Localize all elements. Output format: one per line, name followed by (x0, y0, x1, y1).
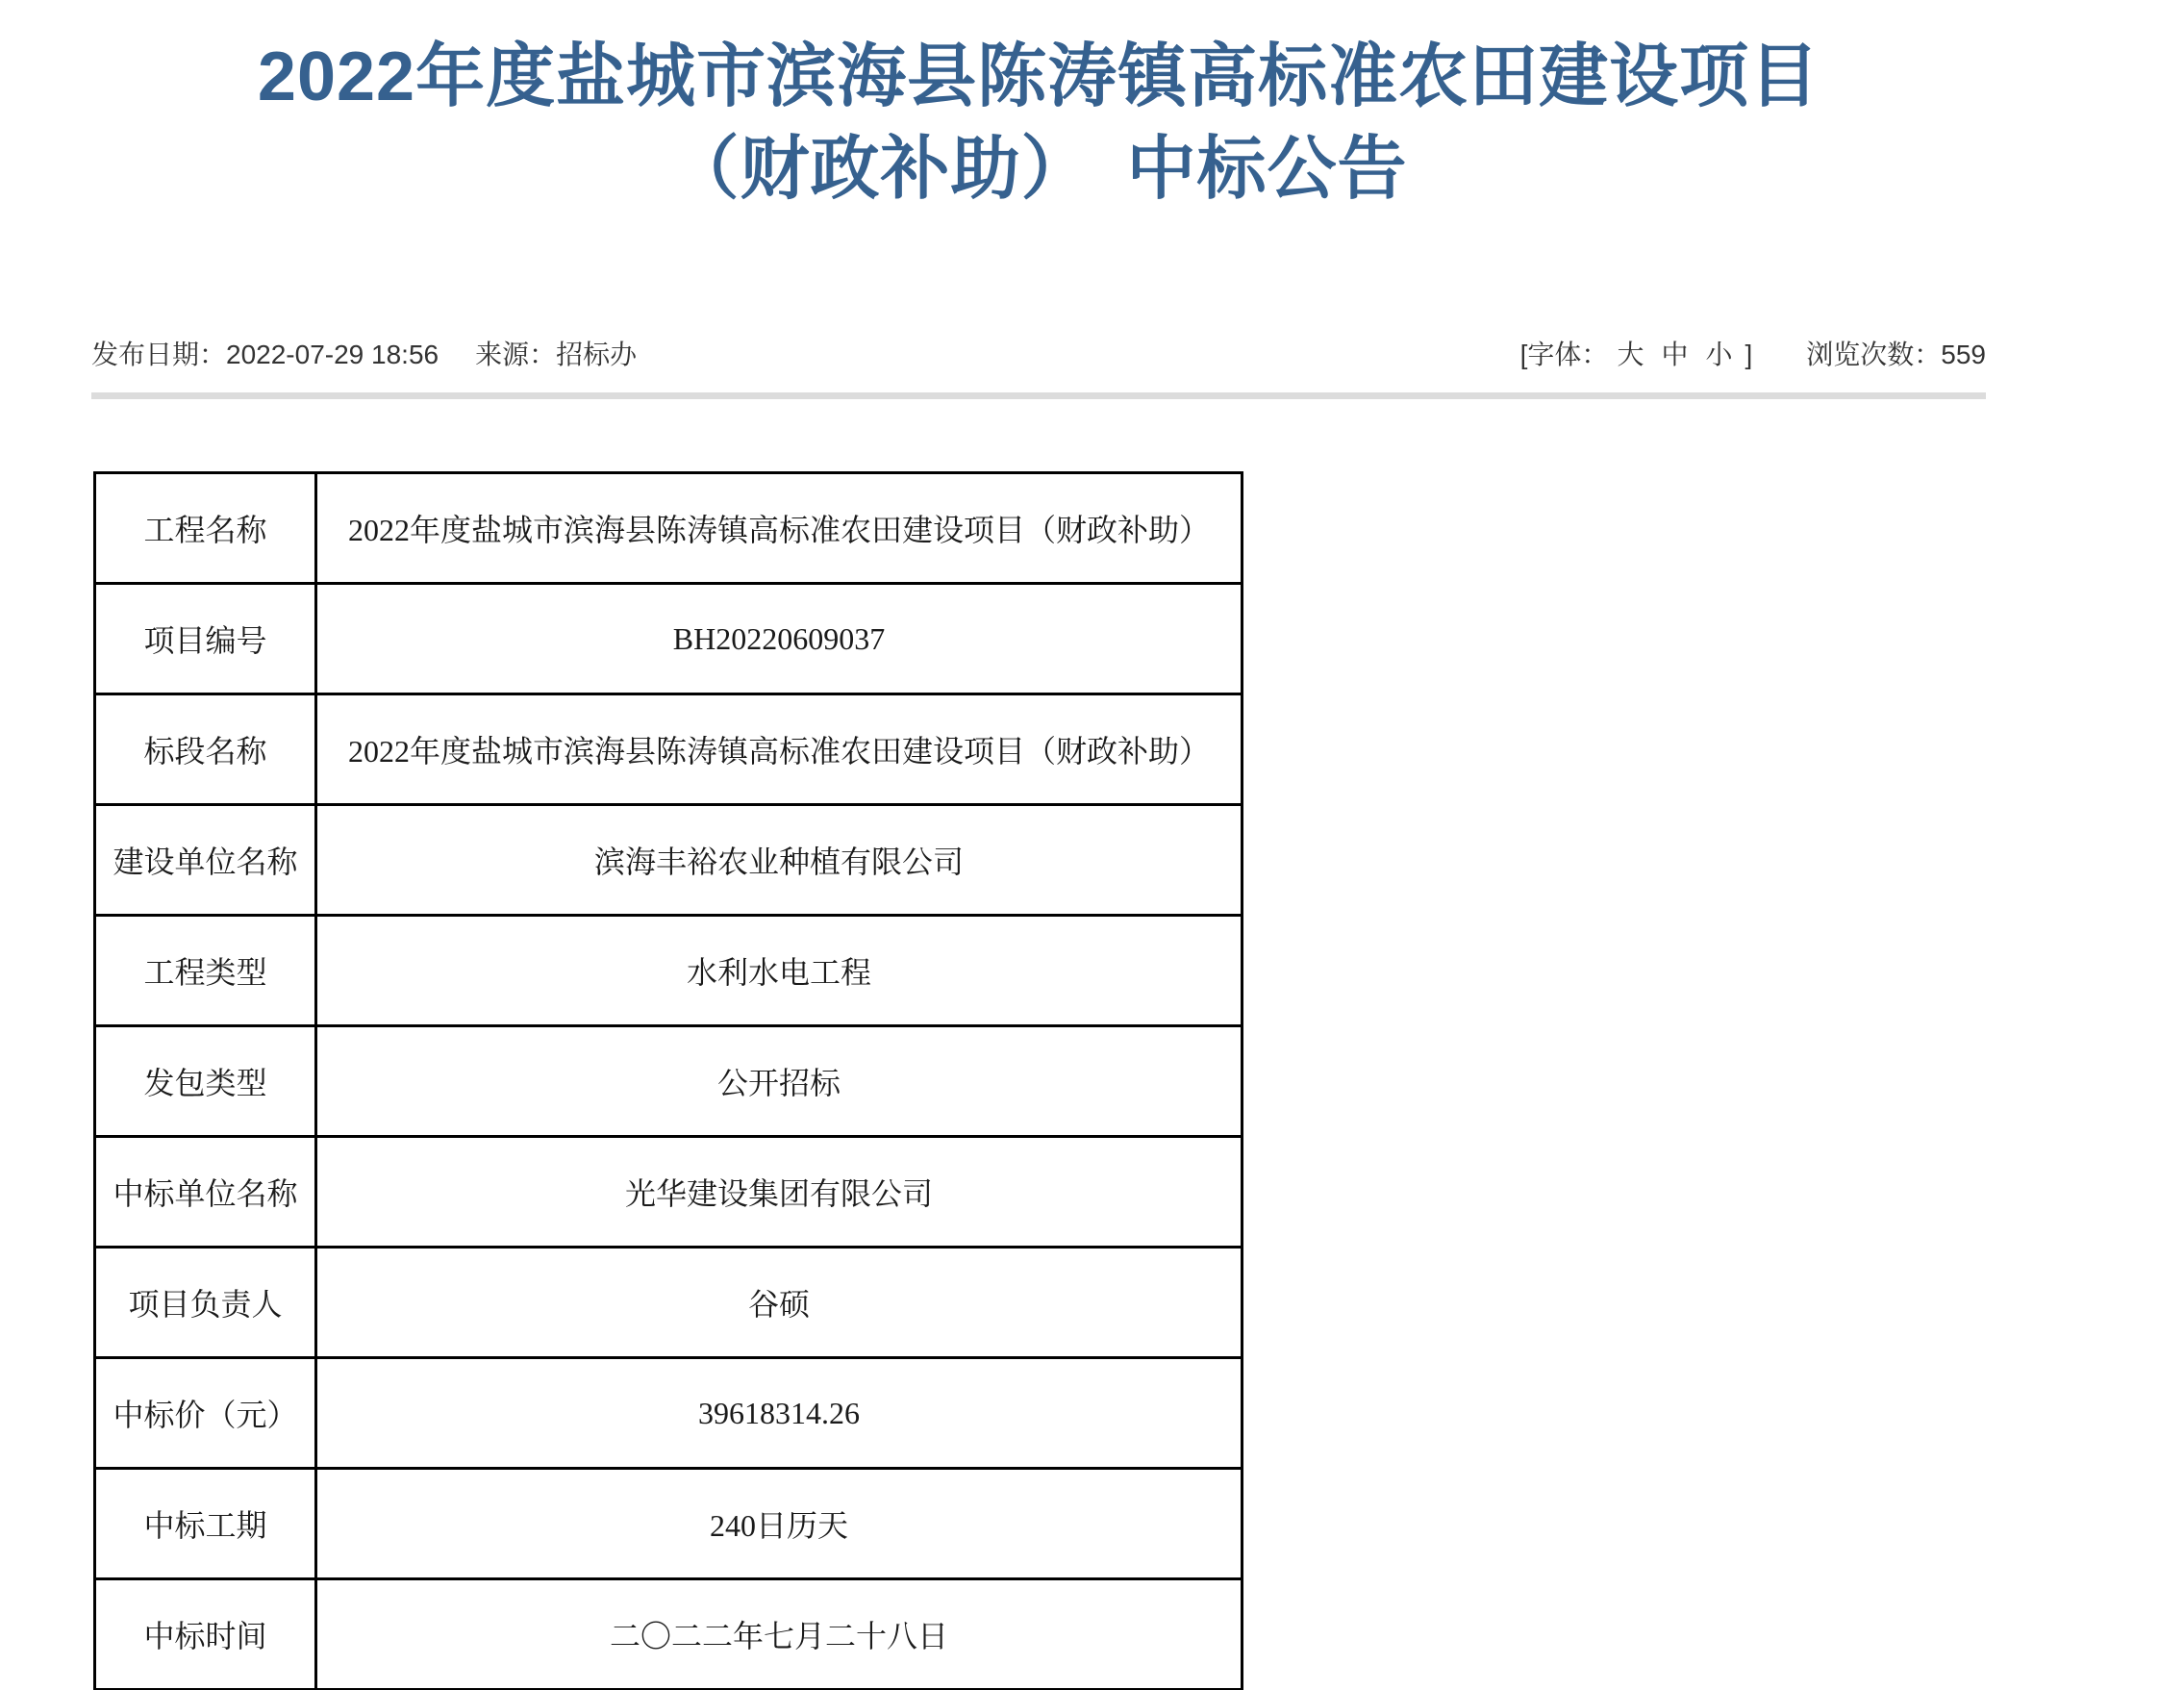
table-row: 中标工期 240日历天 (95, 1469, 1243, 1579)
table-row: 项目负责人 谷硕 (95, 1248, 1243, 1358)
row-value: 2022年度盐城市滨海县陈涛镇高标准农田建设项目（财政补助） (316, 694, 1243, 805)
font-size-small-link[interactable]: 小 (1705, 339, 1732, 371)
font-size-bracket-close: ] (1745, 339, 1752, 371)
announcement-page: 2022年度盐城市滨海县陈涛镇高标准农田建设项目 （财政补助） 中标公告 发布日… (0, 0, 2184, 1690)
meta-right-group: [字体： 大 中 小 ] 浏览次数：559 (1520, 339, 1986, 371)
table-row: 中标时间 二〇二二年七月二十八日 (95, 1579, 1243, 1690)
table-row: 工程名称 2022年度盐城市滨海县陈涛镇高标准农田建设项目（财政补助） (95, 473, 1243, 584)
font-size-large-link[interactable]: 大 (1617, 339, 1644, 371)
font-size-label: [字体： (1520, 339, 1609, 371)
row-value: 39618314.26 (316, 1358, 1243, 1469)
row-label: 工程名称 (95, 473, 316, 584)
view-count-label: 浏览次数： (1806, 340, 1941, 369)
page-title: 2022年度盐城市滨海县陈涛镇高标准农田建设项目 （财政补助） 中标公告 (91, 31, 1986, 215)
row-value: 谷硕 (316, 1248, 1243, 1358)
table-row: 中标价（元） 39618314.26 (95, 1358, 1243, 1469)
meta-bar: 发布日期：2022-07-29 18:56 来源：招标办 [字体： 大 中 小 … (91, 339, 1986, 371)
table-row: 中标单位名称 光华建设集团有限公司 (95, 1137, 1243, 1248)
source-label: 来源： (475, 340, 556, 369)
row-value: BH20220609037 (316, 584, 1243, 694)
row-label: 发包类型 (95, 1026, 316, 1137)
table-row: 发包类型 公开招标 (95, 1026, 1243, 1137)
font-size-medium-link[interactable]: 中 (1661, 339, 1688, 371)
row-label: 中标时间 (95, 1579, 316, 1690)
view-count-value: 559 (1941, 340, 1986, 369)
row-label: 中标单位名称 (95, 1137, 316, 1248)
source-value: 招标办 (556, 340, 637, 369)
source: 来源：招标办 (475, 339, 637, 371)
view-count: 浏览次数：559 (1806, 339, 1986, 371)
row-value: 公开招标 (316, 1026, 1243, 1137)
row-label: 项目编号 (95, 584, 316, 694)
row-label: 中标价（元） (95, 1358, 316, 1469)
publish-date-label: 发布日期： (91, 340, 226, 369)
bid-info-table: 工程名称 2022年度盐城市滨海县陈涛镇高标准农田建设项目（财政补助） 项目编号… (93, 471, 1243, 1690)
publish-date: 发布日期：2022-07-29 18:56 (91, 339, 439, 371)
row-label: 中标工期 (95, 1469, 316, 1579)
content-area: 2022年度盐城市滨海县陈涛镇高标准农田建设项目 （财政补助） 中标公告 发布日… (91, 0, 1986, 1690)
publish-date-value: 2022-07-29 18:56 (226, 340, 439, 369)
row-value: 二〇二二年七月二十八日 (316, 1579, 1243, 1690)
table-row: 建设单位名称 滨海丰裕农业种植有限公司 (95, 805, 1243, 916)
row-value: 水利水电工程 (316, 916, 1243, 1026)
page-title-line1: 2022年度盐城市滨海县陈涛镇高标准农田建设项目 (258, 38, 1820, 115)
page-title-line2: （财政补助） 中标公告 (669, 131, 1407, 208)
row-label: 建设单位名称 (95, 805, 316, 916)
table-row: 标段名称 2022年度盐城市滨海县陈涛镇高标准农田建设项目（财政补助） (95, 694, 1243, 805)
meta-left-group: 发布日期：2022-07-29 18:56 来源：招标办 (91, 339, 637, 371)
table-row: 工程类型 水利水电工程 (95, 916, 1243, 1026)
font-size-control: [字体： 大 中 小 ] (1520, 339, 1753, 371)
row-label: 项目负责人 (95, 1248, 316, 1358)
row-value: 光华建设集团有限公司 (316, 1137, 1243, 1248)
row-value: 2022年度盐城市滨海县陈涛镇高标准农田建设项目（财政补助） (316, 473, 1243, 584)
row-value: 滨海丰裕农业种植有限公司 (316, 805, 1243, 916)
row-label: 标段名称 (95, 694, 316, 805)
row-label: 工程类型 (95, 916, 316, 1026)
divider (91, 392, 1986, 399)
row-value: 240日历天 (316, 1469, 1243, 1579)
table-row: 项目编号 BH20220609037 (95, 584, 1243, 694)
